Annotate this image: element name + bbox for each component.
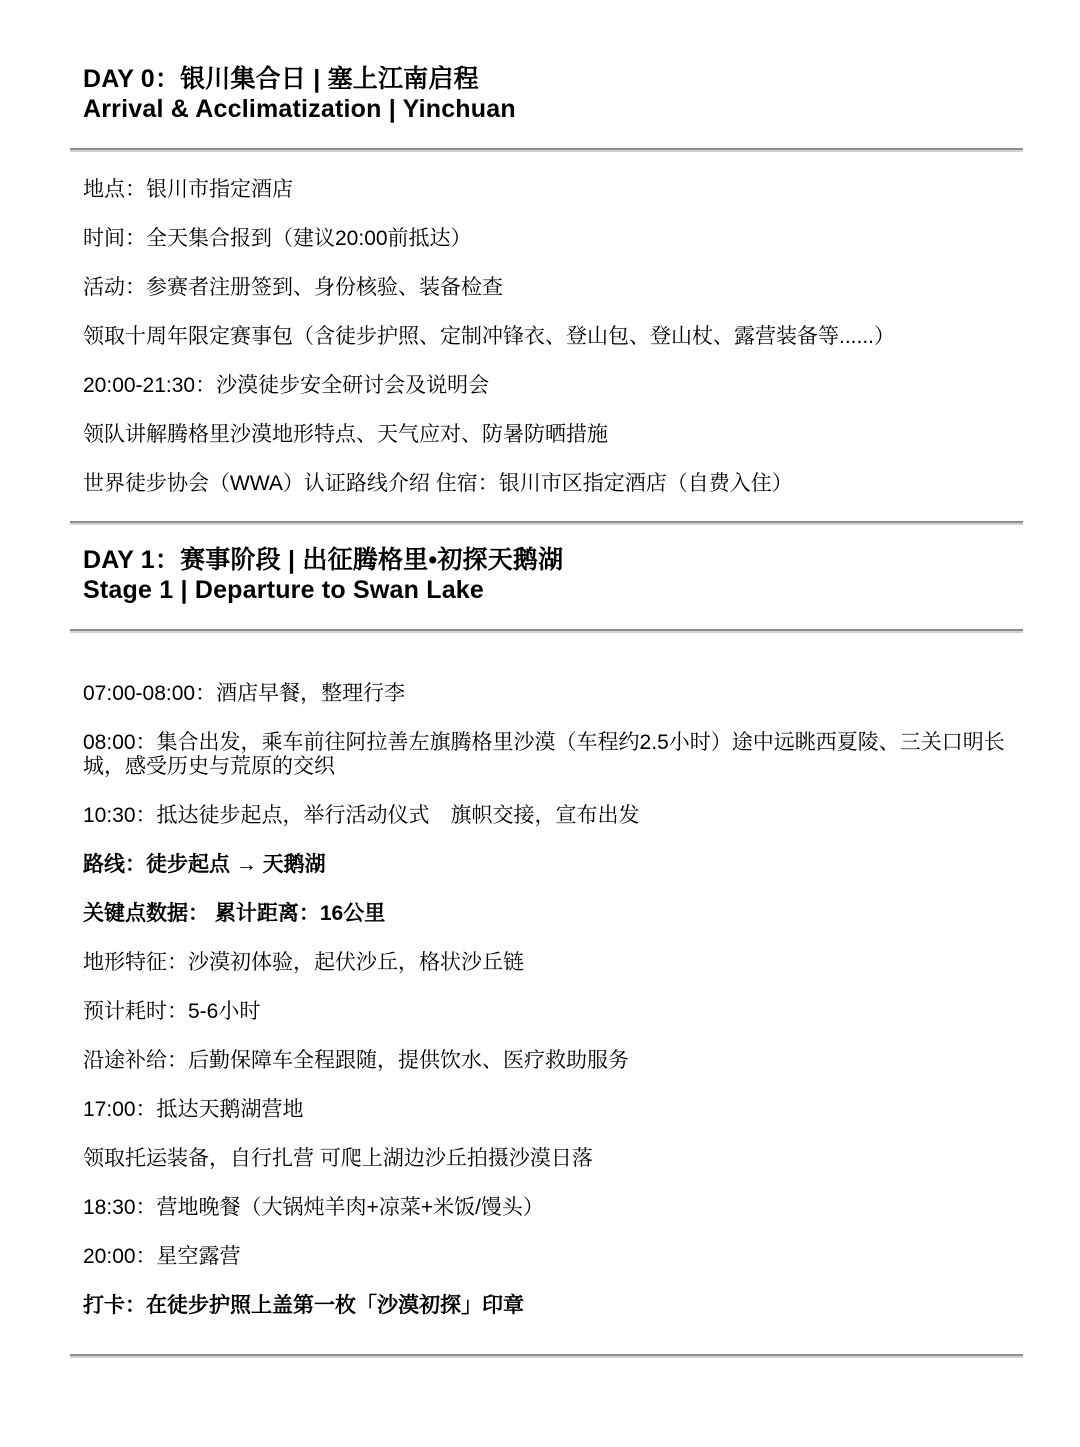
itinerary-line-stamp: 打卡：在徒步护照上盖第一枚「沙漠初探」印章 bbox=[83, 1294, 1023, 1318]
itinerary-line-departure: 08:00：集合出发，乘车前往阿拉善左旗腾格里沙漠（车程约2.5小时）途中远眺西… bbox=[83, 731, 1023, 779]
itinerary-line-duration: 预计耗时：5-6小时 bbox=[83, 1000, 1023, 1024]
itinerary-line-race-pack: 领取十周年限定赛事包（含徒步护照、定制冲锋衣、登山包、登山杖、露营装备等....… bbox=[83, 325, 1023, 349]
day0-title-zh: DAY 0：银川集合日 | 塞上江南启程 bbox=[83, 65, 479, 93]
day1-title-en: Stage 1 | Departure to Swan Lake bbox=[83, 576, 484, 604]
itinerary-line-leader-talk: 领队讲解腾格里沙漠地形特点、天气应对、防暑防晒措施 bbox=[83, 423, 1023, 447]
itinerary-line-arrive-camp: 17:00：抵达天鹅湖营地 bbox=[83, 1098, 1023, 1122]
itinerary-line-camp-setup: 领取托运装备，自行扎营 可爬上湖边沙丘拍摄沙漠日落 bbox=[83, 1147, 1023, 1171]
itinerary-line-terrain: 地形特征：沙漠初体验，起伏沙丘，格状沙丘链 bbox=[83, 951, 1023, 975]
itinerary-line-wwa-route: 世界徒步协会（WWA）认证路线介绍 住宿：银川市区指定酒店（自费入住） bbox=[83, 472, 1023, 496]
itinerary-page: DAY 0：银川集合日 | 塞上江南启程 Arrival & Acclimati… bbox=[0, 0, 1080, 1447]
section-divider bbox=[70, 629, 1023, 633]
itinerary-line-activity: 活动：参赛者注册签到、身份核验、装备检查 bbox=[83, 276, 1023, 300]
day1-heading: DAY 1：赛事阶段 | 出征腾格里•初探天鹅湖 Stage 1 | Depar… bbox=[83, 545, 1023, 605]
itinerary-line-dinner: 18:30：营地晚餐（大锅炖羊肉+凉菜+米饭/馒头） bbox=[83, 1196, 1023, 1220]
section-divider bbox=[70, 148, 1023, 152]
itinerary-line-breakfast: 07:00-08:00：酒店早餐，整理行李 bbox=[83, 682, 1023, 706]
day0-heading: DAY 0：银川集合日 | 塞上江南启程 Arrival & Acclimati… bbox=[83, 64, 1023, 124]
itinerary-line-briefing: 20:00-21:30：沙漠徒步安全研讨会及说明会 bbox=[83, 374, 1023, 398]
day0-title-en: Arrival & Acclimatization | Yinchuan bbox=[83, 95, 516, 123]
itinerary-line-location: 地点：银川市指定酒店 bbox=[83, 178, 1023, 202]
itinerary-line-time: 时间：全天集合报到（建议20:00前抵达） bbox=[83, 227, 1023, 251]
itinerary-line-route: 路线：徒步起点 → 天鹅湖 bbox=[83, 853, 1023, 877]
itinerary-line-support: 沿途补给：后勤保障车全程跟随，提供饮水、医疗救助服务 bbox=[83, 1049, 1023, 1073]
itinerary-line-key-data: 关键点数据： 累计距离：16公里 bbox=[83, 902, 1023, 926]
section-divider bbox=[70, 1354, 1023, 1358]
day1-title-zh: DAY 1：赛事阶段 | 出征腾格里•初探天鹅湖 bbox=[83, 546, 563, 574]
section-divider bbox=[70, 521, 1023, 525]
itinerary-line-stargazing: 20:00：星空露营 bbox=[83, 1245, 1023, 1269]
itinerary-line-start-ceremony: 10:30：抵达徒步起点，举行活动仪式 旗帜交接，宣布出发 bbox=[83, 804, 1023, 828]
